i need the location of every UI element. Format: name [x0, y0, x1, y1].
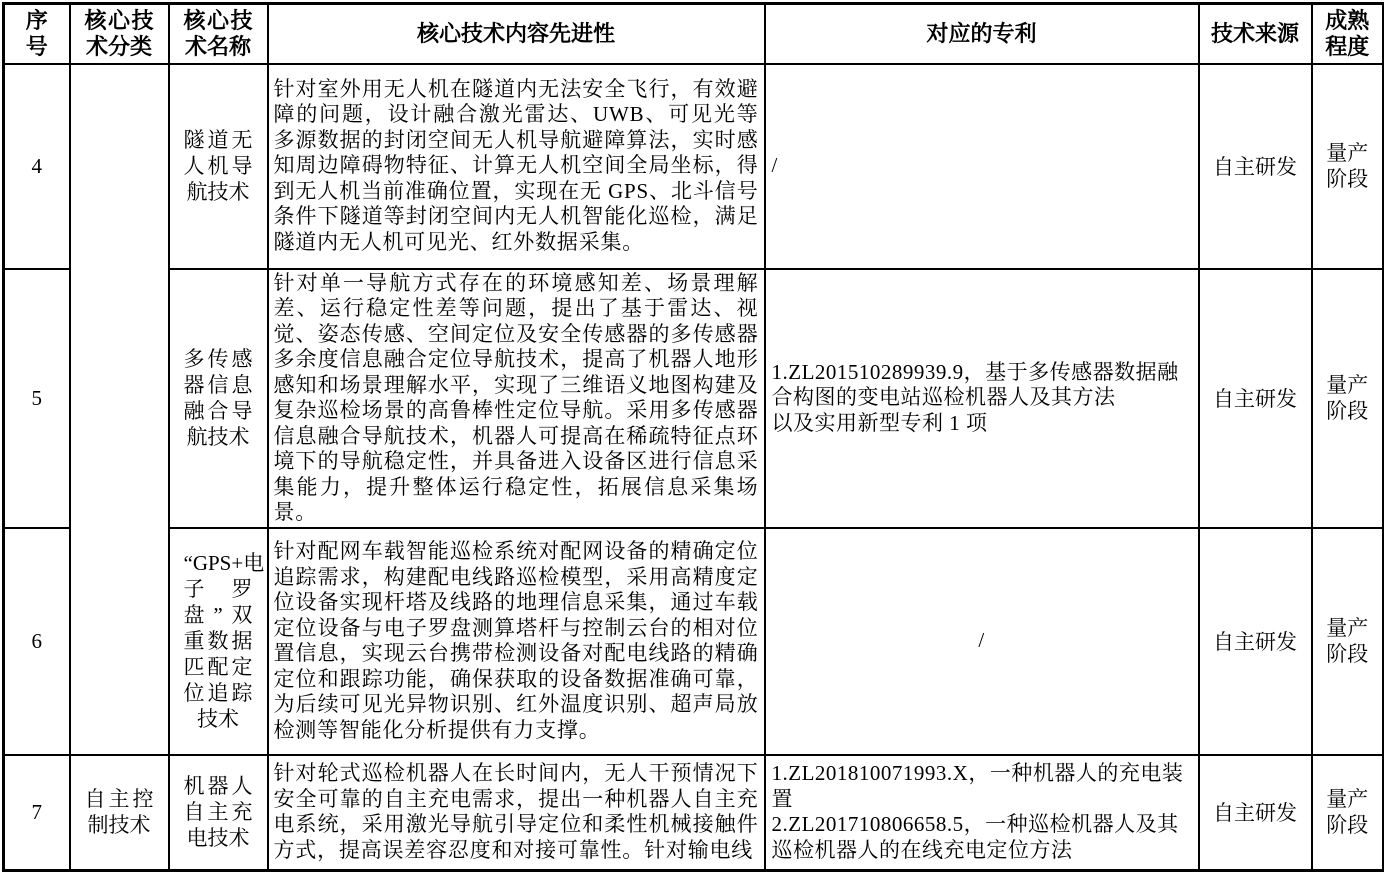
patent-cell: 1.ZL201810071993.X，一种机器人的充电装置 2.ZL201710… [765, 755, 1199, 871]
tech-name-cell: 机器人自主充电技术 [169, 755, 268, 871]
header-seq: 序号 [4, 4, 70, 64]
header-maturity: 成熟程度 [1312, 4, 1384, 64]
header-category: 核心技术分类 [70, 4, 169, 64]
tech-name-cell: 隧道无人机导航技术 [169, 64, 268, 269]
source-cell: 自主研发 [1199, 528, 1312, 755]
seq-cell: 7 [4, 755, 70, 871]
patent-cell: / [765, 64, 1199, 269]
header-name: 核心技术名称 [169, 4, 268, 64]
table-row-4: 4 隧道无人机导航技术 针对室外用无人机在隧道内无法安全飞行，有效避障的问题，设… [4, 64, 1384, 269]
seq-cell: 4 [4, 64, 70, 269]
tech-content-cell: 针对配网车载智能巡检系统对配网设备的精确定位追踪需求，构建配电线路巡检模型，采用… [268, 528, 765, 755]
maturity-cell: 量产阶段 [1312, 64, 1384, 269]
source-cell: 自主研发 [1199, 755, 1312, 871]
table-row-5: 5 多传感器信息融合导航技术 针对单一导航方式存在的环境感知差、场景理解差、运行… [4, 269, 1384, 528]
header-patent: 对应的专利 [765, 4, 1199, 64]
tech-content-cell: 针对单一导航方式存在的环境感知差、场景理解差、运行稳定性差等问题，提出了基于雷达… [268, 269, 765, 528]
maturity-cell: 量产阶段 [1312, 528, 1384, 755]
core-technology-table: 序号 核心技术分类 核心技术名称 核心技术内容先进性 对应的专利 技术来源 成熟… [2, 2, 1384, 872]
tech-name-cell: 多传感器信息融合导航技术 [169, 269, 268, 528]
table-row-7: 7 自主控制技术 机器人自主充电技术 针对轮式巡检机器人在长时间内，无人干预情况… [4, 755, 1384, 871]
seq-cell: 6 [4, 528, 70, 755]
maturity-cell: 量产阶段 [1312, 269, 1384, 528]
source-cell: 自主研发 [1199, 64, 1312, 269]
table-row-6: 6 “GPS+电子罗盘”双重数据匹配定位追踪技术 针对配网车载智能巡检系统对配网… [4, 528, 1384, 755]
header-source: 技术来源 [1199, 4, 1312, 64]
header-content: 核心技术内容先进性 [268, 4, 765, 64]
maturity-cell: 量产阶段 [1312, 755, 1384, 871]
tech-name-cell: “GPS+电子罗盘”双重数据匹配定位追踪技术 [169, 528, 268, 755]
table-header-row: 序号 核心技术分类 核心技术名称 核心技术内容先进性 对应的专利 技术来源 成熟… [4, 4, 1384, 64]
source-cell: 自主研发 [1199, 269, 1312, 528]
patent-cell: 1.ZL201510289939.9，基于多传感器数据融合构图的变电站巡检机器人… [765, 269, 1199, 528]
tech-content-cell: 针对室外用无人机在隧道内无法安全飞行，有效避障的问题，设计融合激光雷达、UWB、… [268, 64, 765, 269]
patent-cell: / [765, 528, 1199, 755]
category-cell: 自主控制技术 [70, 755, 169, 871]
tech-content-cell: 针对轮式巡检机器人在长时间内，无人干预情况下安全可靠的自主充电需求，提出一种机器… [268, 755, 765, 871]
category-cell-merged [70, 64, 169, 755]
seq-cell: 5 [4, 269, 70, 528]
